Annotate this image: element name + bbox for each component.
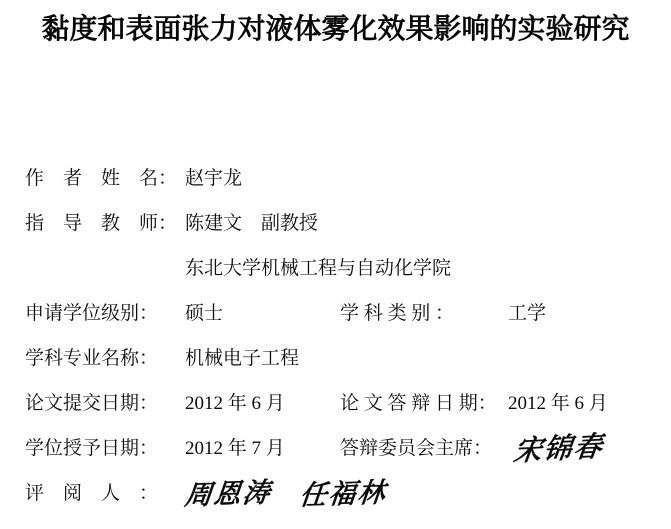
institution-value: 东北大学机械工程与自动化学院 (185, 253, 451, 280)
thesis-cover-page: 黏度和表面张力对液体雾化效果影响的实验研究 作 者 姓 名： 赵宇龙 指 导 教… (0, 0, 671, 529)
degree-level-label: 申请学位级别： (25, 298, 185, 325)
reviewer-signature-1: 周恩涛 (183, 470, 274, 512)
major-name-label: 学科专业名称： (25, 343, 185, 370)
reviewers-label: 评 阅 人 ： (25, 478, 185, 505)
committee-chair-signature: 宋锦春 (512, 424, 607, 469)
submission-date-value: 2012 年 6 月 (185, 388, 340, 415)
award-date-label: 学位授予日期： (25, 433, 185, 460)
form-row-degree-level: 申请学位级别： 硕士 学 科 类 别 ： 工学 (0, 289, 671, 334)
major-name-value: 机械电子工程 (185, 343, 299, 370)
form-row-reviewers: 评 阅 人 ： 周恩涛 任福林 (0, 469, 671, 514)
form-row-award-date: 学位授予日期： 2012 年 7 月 答辩委员会主席： 宋锦春 (0, 424, 671, 469)
subject-category-value: 工学 (508, 298, 546, 325)
form-row-author: 作 者 姓 名： 赵宇龙 (0, 154, 671, 199)
author-value: 赵宇龙 (185, 163, 242, 190)
award-date-value: 2012 年 7 月 (185, 433, 340, 460)
defense-date-label: 论 文 答 辩 日 期： (340, 388, 508, 415)
thesis-info-form: 作 者 姓 名： 赵宇龙 指 导 教 师： 陈建文 副教授 东北大学机械工程与自… (0, 154, 671, 514)
supervisor-value: 陈建文 副教授 (185, 208, 318, 235)
form-row-institution: 东北大学机械工程与自动化学院 (0, 244, 671, 289)
subject-category-label: 学 科 类 别 ： (340, 298, 508, 325)
form-row-submission-date: 论文提交日期： 2012 年 6 月 论 文 答 辩 日 期： 2012 年 6… (0, 379, 671, 424)
reviewer-signature-2: 任福林 (298, 470, 389, 512)
thesis-title: 黏度和表面张力对液体雾化效果影响的实验研究 (0, 0, 671, 48)
form-row-major: 学科专业名称： 机械电子工程 (0, 334, 671, 379)
degree-level-value: 硕士 (185, 298, 340, 325)
supervisor-label: 指 导 教 师： (25, 208, 185, 235)
author-label: 作 者 姓 名： (25, 163, 185, 190)
form-row-supervisor: 指 导 教 师： 陈建文 副教授 (0, 199, 671, 244)
defense-date-value: 2012 年 6 月 (508, 388, 608, 415)
submission-date-label: 论文提交日期： (25, 388, 185, 415)
committee-chair-label: 答辩委员会主席： (340, 433, 508, 460)
